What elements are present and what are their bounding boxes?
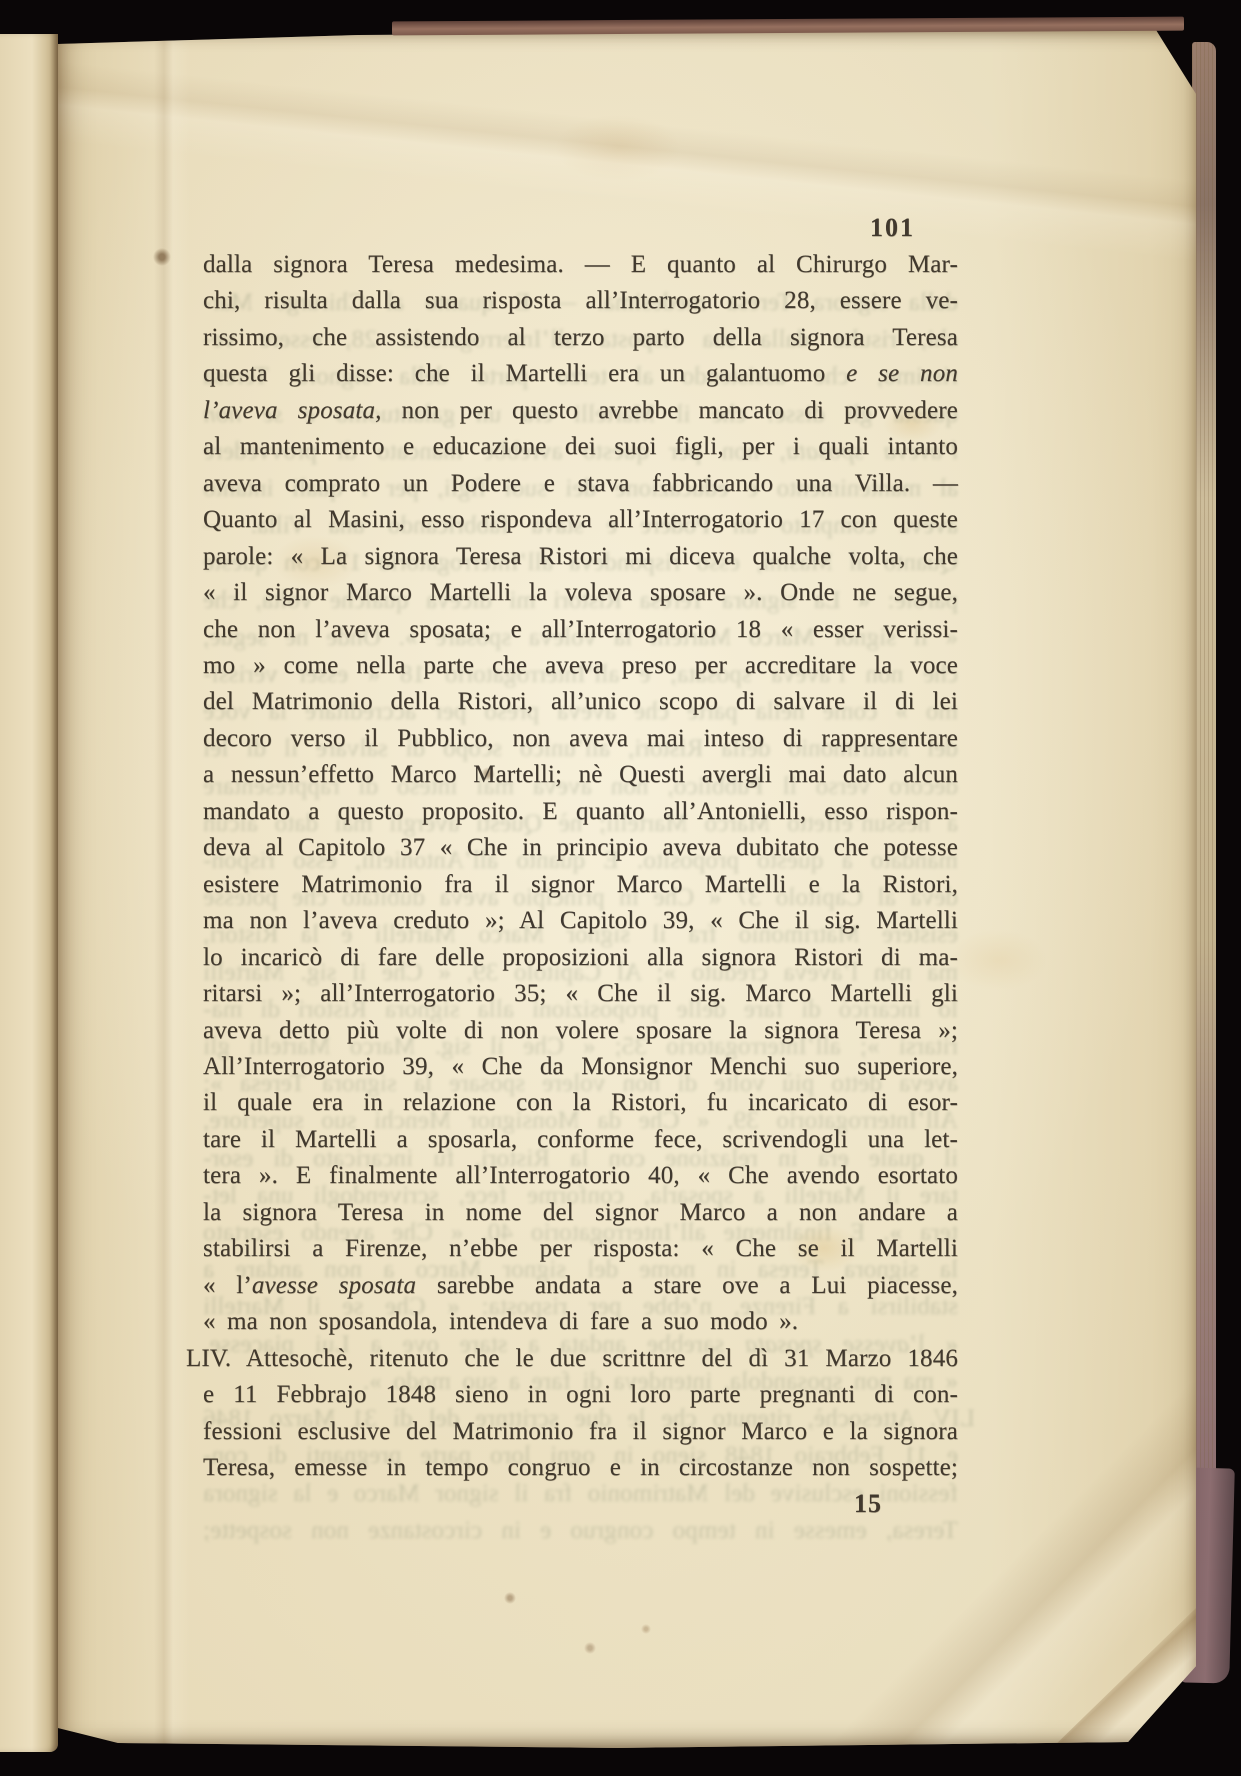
text-segment: « l’ [203, 1272, 252, 1299]
liv-paragraph: LIV. Attesochè, ritenuto che le due scri… [203, 1341, 958, 1487]
text-segment: non per questo avrebbe mancato di provve… [382, 397, 958, 424]
text-segment: decoro verso il Pubblico, non aveva mai … [203, 725, 958, 752]
text-segment: che non l’aveva sposata; e all’Interroga… [203, 616, 958, 643]
continuation-paragraph: dalla signora Teresa medesima. — E quant… [203, 247, 958, 1341]
book-scan: dalla signora Teresa medesima. — E quant… [0, 0, 1241, 1776]
italic-text-segment: e se non [846, 360, 958, 387]
text-line: All’Interrogatorio 39, « Che da Monsigno… [203, 1049, 958, 1085]
text-segment: a nessun’effetto Marco Martelli; nè Ques… [203, 761, 958, 788]
text-line: ma non l’aveva creduto »; Al Capitolo 39… [203, 903, 958, 939]
text-segment: questa gli disse: che il Martelli era un… [203, 360, 846, 387]
page-number: 101 [870, 213, 966, 243]
text-line: l’aveva sposata, non per questo avrebbe … [203, 393, 958, 429]
text-line: dalla signora Teresa medesima. — E quant… [203, 247, 958, 283]
text-segment: la signora Teresa in nome del signor Mar… [203, 1199, 958, 1226]
text-segment: tera ». E finalmente all’Interrogatorio … [203, 1162, 958, 1189]
text-segment: sarebbe andata a stare ove a Lui piacess… [416, 1272, 958, 1299]
text-segment: deva al Capitolo 37 « Che in principio a… [203, 834, 958, 861]
text-segment: lo incaricò di fare delle proposizioni a… [203, 944, 958, 971]
text-segment: All’Interrogatorio 39, « Che da Monsigno… [203, 1053, 958, 1080]
text-line: « ma non sposandola, intendeva di fare a… [203, 1304, 958, 1340]
signature-mark: 15 [836, 1489, 900, 1519]
text-line: Teresa, emesse in tempo congruo e in cir… [203, 1450, 958, 1486]
text-segment: LIV. Attesochè, ritenuto che le due scri… [186, 1345, 958, 1372]
text-line: deva al Capitolo 37 « Che in principio a… [203, 830, 958, 866]
text-line: mo » come nella parte che aveva preso pe… [203, 648, 958, 684]
text-line: stabilirsi a Firenze, n’ebbe per rispost… [203, 1231, 958, 1267]
text-segment: parole: « La signora Teresa Ristori mi d… [203, 543, 958, 570]
text-line: che non l’aveva sposata; e all’Interroga… [203, 612, 958, 648]
text-line: lo incaricò di fare delle proposizioni a… [203, 940, 958, 976]
text-line: Quanto al Masini, esso rispondeva all’In… [203, 502, 958, 538]
italic-text-segment: l’aveva sposata, [203, 397, 382, 424]
dog-ear-fold [1046, 1608, 1196, 1748]
text-line: esistere Matrimonio fra il signor Marco … [203, 867, 958, 903]
text-line: e 11 Febbrajo 1848 sieno in ogni loro pa… [203, 1377, 958, 1413]
text-line: del Matrimonio della Ristori, all’unico … [203, 684, 958, 720]
text-line: « il signor Marco Martelli la voleva spo… [203, 575, 958, 611]
text-segment: Quanto al Masini, esso rispondeva all’In… [203, 506, 958, 533]
text-segment: il quale era in relazione con la Ristori… [203, 1089, 958, 1116]
text-line: a nessun’effetto Marco Martelli; nè Ques… [203, 757, 958, 793]
text-segment: del Matrimonio della Ristori, all’unico … [203, 688, 958, 715]
text-segment: mo » come nella parte che aveva preso pe… [203, 652, 958, 679]
text-segment: fessioni esclusive del Matrimonio fra il… [203, 1418, 958, 1445]
italic-text-segment: avesse sposata [252, 1272, 416, 1299]
text-line: chi, risulta dalla sua risposta all’Inte… [203, 283, 958, 319]
text-line: il quale era in relazione con la Ristori… [203, 1085, 958, 1121]
text-segment: chi, risulta dalla sua risposta all’Inte… [203, 287, 958, 314]
text-segment: « il signor Marco Martelli la voleva spo… [203, 579, 958, 606]
text-line: tare il Martelli a sposarla, conforme fe… [203, 1122, 958, 1158]
text-segment: tare il Martelli a sposarla, conforme fe… [203, 1126, 958, 1153]
text-segment: « ma non sposandola, intendeva di fare a… [203, 1308, 798, 1335]
text-segment: al mantenimento e educazione dei suoi fi… [203, 433, 958, 460]
text-line: « l’avesse sposata sarebbe andata a star… [203, 1268, 958, 1304]
text-line: parole: « La signora Teresa Ristori mi d… [203, 539, 958, 575]
text-line: LIV. Attesochè, ritenuto che le due scri… [186, 1341, 958, 1377]
text-segment: esistere Matrimonio fra il signor Marco … [203, 871, 958, 898]
text-segment: Teresa, emesse in tempo congruo e in cir… [203, 1454, 958, 1481]
text-line: al mantenimento e educazione dei suoi fi… [203, 429, 958, 465]
text-line: aveva detto più volte di non volere spos… [203, 1013, 958, 1049]
text-line: tera ». E finalmente all’Interrogatorio … [203, 1158, 958, 1194]
book-page: dalla signora Teresa medesima. — E quant… [58, 30, 1196, 1748]
text-line: aveva comprato un Podere e stava fabbric… [203, 466, 958, 502]
text-line: questa gli disse: che il Martelli era un… [203, 356, 958, 392]
text-segment: mandato a questo proposito. E quanto all… [203, 798, 958, 825]
page-text: dalla signora Teresa medesima. — E quant… [203, 247, 958, 1486]
text-segment: dalla signora Teresa medesima. — E quant… [203, 251, 958, 278]
facing-page-edge [0, 34, 58, 1752]
text-segment: Teresa, emesse in tempo congruo e in cir… [203, 1517, 958, 1544]
text-segment: rissimo, che assistendo al terzo parto d… [203, 324, 958, 351]
text-line: la signora Teresa in nome del signor Mar… [203, 1195, 958, 1231]
text-line: ritarsi »; all’Interrogatorio 35; « Che … [203, 976, 958, 1012]
text-segment: aveva detto più volte di non volere spos… [203, 1017, 958, 1044]
text-line: fessioni esclusive del Matrimonio fra il… [203, 1414, 958, 1450]
text-segment: e 11 Febbrajo 1848 sieno in ogni loro pa… [203, 1381, 958, 1408]
text-line: mandato a questo proposito. E quanto all… [203, 794, 958, 830]
text-segment: ritarsi »; all’Interrogatorio 35; « Che … [203, 980, 958, 1007]
text-segment: aveva comprato un Podere e stava fabbric… [203, 470, 958, 497]
text-line: decoro verso il Pubblico, non aveva mai … [203, 721, 958, 757]
text-segment: stabilirsi a Firenze, n’ebbe per rispost… [203, 1235, 958, 1262]
text-line: rissimo, che assistendo al terzo parto d… [203, 320, 958, 356]
text-segment: ma non l’aveva creduto »; Al Capitolo 39… [203, 907, 958, 934]
